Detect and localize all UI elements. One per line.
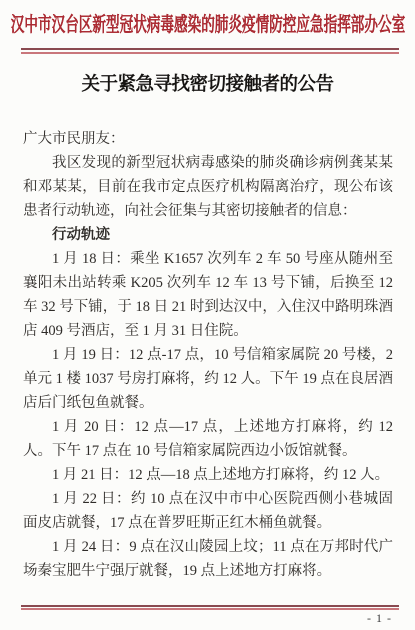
- document-page: 汉中市汉台区新型冠状病毒感染的肺炎疫情防控应急指挥部办公室 关于紧急寻找密切接触…: [0, 0, 415, 630]
- letterhead-rule: [21, 48, 399, 54]
- rule-line-bottom: [21, 52, 399, 54]
- letterhead-title: 汉中市汉台区新型冠状病毒感染的肺炎疫情防控应急指挥部办公室: [10, 13, 404, 37]
- footer-rule: [21, 605, 399, 610]
- trajectory-entry-jan21: 1 月 21 日：12 点—18 点上述地方打麻将，约 12 人。: [23, 463, 393, 487]
- rule-line-bottom: [21, 608, 399, 610]
- trajectory-entry-jan24: 1 月 24 日：9 点在汉山陵园上坟；11 点在万邦时代广场秦宝肥牛宁强厅就餐…: [23, 535, 393, 583]
- trajectory-entry-jan22: 1 月 22 日：约 10 点在汉中市中心医院西侧小巷城固面皮店就餐，17 点在…: [23, 487, 393, 535]
- intro-paragraph: 我区发现的新型冠状病毒感染的肺炎确诊病例龚某某和邓某某，目前在我市定点医疗机构隔…: [23, 151, 393, 223]
- section-heading: 行动轨迹: [23, 223, 393, 247]
- document-title: 关于紧急寻找密切接触者的公告: [0, 72, 415, 98]
- trajectory-entry-jan19: 1 月 19 日：12 点-17 点，10 号信箱家属院 20 号楼，2 单元 …: [23, 343, 393, 415]
- document-body: 广大市民朋友： 我区发现的新型冠状病毒感染的肺炎确诊病例龚某某和邓某某，目前在我…: [23, 127, 393, 583]
- salutation: 广大市民朋友：: [23, 127, 393, 151]
- page-number: - 1 -: [367, 611, 392, 625]
- trajectory-entry-jan20: 1 月 20 日：12 点—17 点，上述地方打麻将，约 12 人。下午 17 …: [23, 415, 393, 463]
- trajectory-entry-jan18: 1 月 18 日：乘坐 K1657 次列车 2 车 50 号座从随州至襄阳未出站…: [23, 247, 393, 343]
